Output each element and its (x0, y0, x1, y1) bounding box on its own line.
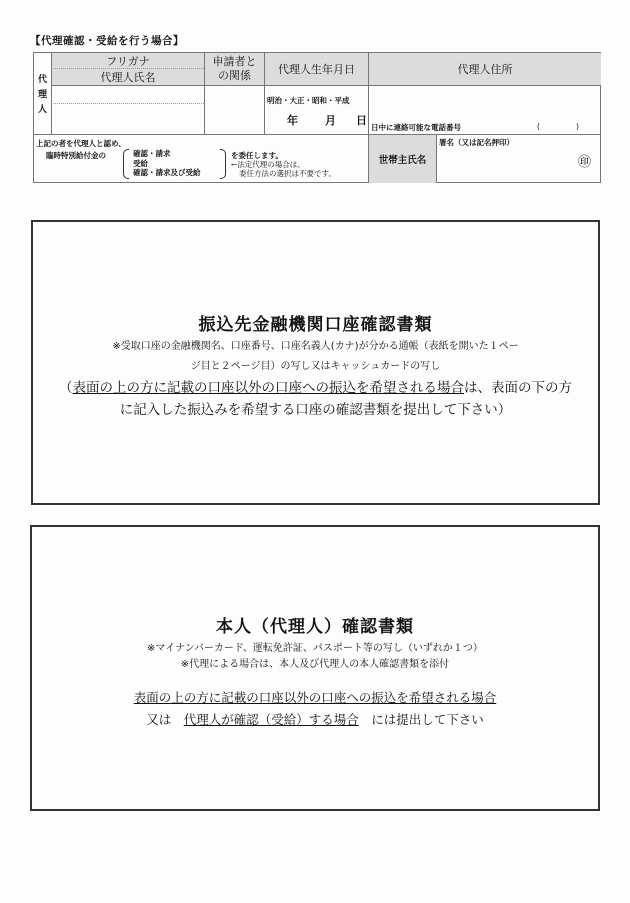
phone-paren-close: ) (576, 122, 579, 131)
signature-label: 署名（又は記名押印） (439, 137, 514, 148)
bank-doc-instruction-underlined: 表面の上の方に記載の口座以外の口座への振込を希望される場合 (73, 380, 465, 396)
proxy-form-table: 代 理 人 フリガナ 代理人氏名 申請者と の関係 代理人生年月日 明治・大正・… (33, 52, 601, 183)
option-receive[interactable]: 受給 (133, 159, 201, 169)
id-doc-condition-2: 又は 代理人が確認（受給）する場合 には提出して下さい (32, 709, 598, 731)
month-label: 月 (325, 112, 336, 128)
seal-icon: ㊞ (578, 151, 591, 170)
relation-header: 申請者と の関係 (204, 53, 264, 85)
id-doc-condition-underlined: 代理人が確認（受給）する場合 (184, 712, 359, 727)
bank-account-doc-box: 振込先金融機関口座確認書類 ※受取口座の金融機関名、口座番号、口座名義人(カナ)… (31, 220, 600, 505)
delegation-cell: 上記の者を代理人と認め、 臨時特別給付金の 確認・請求 受給 確認・請求及び受給… (34, 134, 368, 183)
era-options[interactable]: 明治・大正・昭和・平成 (267, 95, 350, 106)
address-input[interactable]: 日中に連絡可能な電話番号 ( ) (368, 85, 601, 134)
legal-proxy-note-2: 委任方法の選択は不要です。 (239, 168, 336, 179)
option-confirm-claim-receive[interactable]: 確認・請求及び受給 (133, 168, 201, 178)
id-doc-title: 本人（代理人）確認書類 (32, 612, 598, 637)
furigana-input[interactable] (51, 85, 204, 103)
proxy-label-char: 理 (38, 88, 47, 103)
bracket-left (123, 149, 129, 179)
proxy-name-input[interactable] (51, 103, 204, 134)
delegation-prefix: 臨時特別給付金の (46, 150, 106, 161)
phone-label: 日中に連絡可能な電話番号 (371, 122, 461, 133)
household-head-label: 世帯主氏名 (368, 134, 436, 183)
day-label: 日 (356, 112, 367, 128)
bank-doc-instruction-1: （表面の上の方に記載の口座以外の口座への振込を希望される場合は、表面の下の方 (33, 377, 598, 399)
furigana-header: フリガナ (51, 53, 204, 68)
bank-doc-note-1: ※受取口座の金融機関名、口座番号、口座名義人(カナ)が分かる通帳（表紙を開いた１… (33, 337, 598, 357)
id-doc-note-2: ※代理による場合は、本人及び代理人の本人確認書類を添付 (32, 657, 598, 673)
identity-doc-box: 本人（代理人）確認書類 ※マイナンバーカード、運転免許証、パスポート等の写し（い… (30, 525, 600, 811)
birthdate-input[interactable]: 明治・大正・昭和・平成 年 月 日 (264, 85, 368, 134)
delegation-intro: 上記の者を代理人と認め、 (36, 138, 126, 149)
address-header: 代理人住所 (368, 53, 601, 85)
id-doc-note-1: ※マイナンバーカード、運転免許証、パスポート等の写し（いずれか１つ） (32, 641, 598, 657)
id-doc-condition-1: 表面の上の方に記載の口座以外の口座への振込を希望される場合 (32, 687, 598, 709)
proxy-label-char: 人 (38, 103, 47, 118)
option-confirm-claim[interactable]: 確認・請求 (133, 149, 201, 159)
year-label: 年 (287, 112, 298, 128)
proxy-label-char: 代 (38, 73, 47, 88)
bank-doc-note-2: ジ目と２ページ目）の写し又はキャッシュカードの写し (33, 357, 598, 377)
signature-input[interactable]: 署名（又は記名押印） ㊞ (436, 134, 601, 183)
phone-paren-open: ( (537, 122, 540, 131)
bank-doc-title: 振込先金融機関口座確認書類 (33, 310, 598, 335)
proxy-label-cell: 代 理 人 (34, 53, 51, 134)
relation-input[interactable] (204, 85, 264, 134)
proxy-name-header: 代理人氏名 (51, 68, 204, 85)
birthdate-header: 代理人生年月日 (264, 53, 368, 85)
delegation-options[interactable]: 確認・請求 受給 確認・請求及び受給 (133, 149, 201, 178)
bank-doc-instruction-2: に記入した振込みを希望する口座の確認書類を提出して下さい） (33, 399, 598, 421)
bracket-right (220, 149, 226, 179)
section-title: 【代理確認・受給を行う場合】 (30, 33, 184, 48)
